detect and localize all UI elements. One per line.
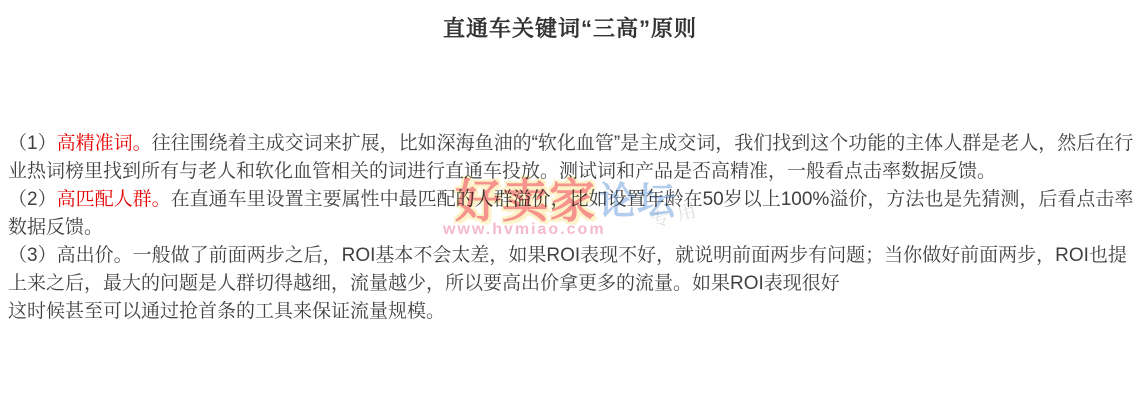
keyword-highlight-2: 高匹配人群。 — [57, 189, 171, 210]
item-number-3: （3） — [8, 245, 57, 266]
item-number-2: （2） — [8, 189, 57, 210]
document-page: 直通车关键词“三高”原则 （1）高精准词。往往围绕着主成交词来扩展，比如深海鱼油… — [0, 0, 1140, 400]
item-number-1: （1） — [8, 133, 57, 154]
closing-line: 这时候甚至可以通过抢首条的工具来保证流量规模。 — [8, 298, 1134, 326]
paragraph-1-text: 往往围绕着主成交词来扩展，比如深海鱼油的“软化血管”是主成交词，我们找到这个功能… — [8, 133, 1133, 182]
paragraph-3: （3）高出价。一般做了前面两步之后，ROI基本不会太差，如果ROI表现不好，就说… — [8, 242, 1134, 298]
keyword-highlight-1: 高精准词。 — [57, 133, 152, 154]
article-body: （1）高精准词。往往围绕着主成交词来扩展，比如深海鱼油的“软化血管”是主成交词，… — [8, 130, 1134, 326]
paragraph-2: （2）高匹配人群。在直通车里设置主要属性中最匹配的人群溢价，比如设置年龄在50岁… — [8, 186, 1134, 242]
page-title: 直通车关键词“三高”原则 — [0, 15, 1140, 43]
paragraph-2-text: 在直通车里设置主要属性中最匹配的人群溢价，比如设置年龄在50岁以上100%溢价，… — [8, 189, 1133, 238]
paragraph-1: （1）高精准词。往往围绕着主成交词来扩展，比如深海鱼油的“软化血管”是主成交词，… — [8, 130, 1134, 186]
keyword-plain-3: 高出价。 — [57, 245, 133, 266]
paragraph-3-text: 一般做了前面两步之后，ROI基本不会太差，如果ROI表现不好，就说明前面两步有问… — [8, 245, 1127, 294]
